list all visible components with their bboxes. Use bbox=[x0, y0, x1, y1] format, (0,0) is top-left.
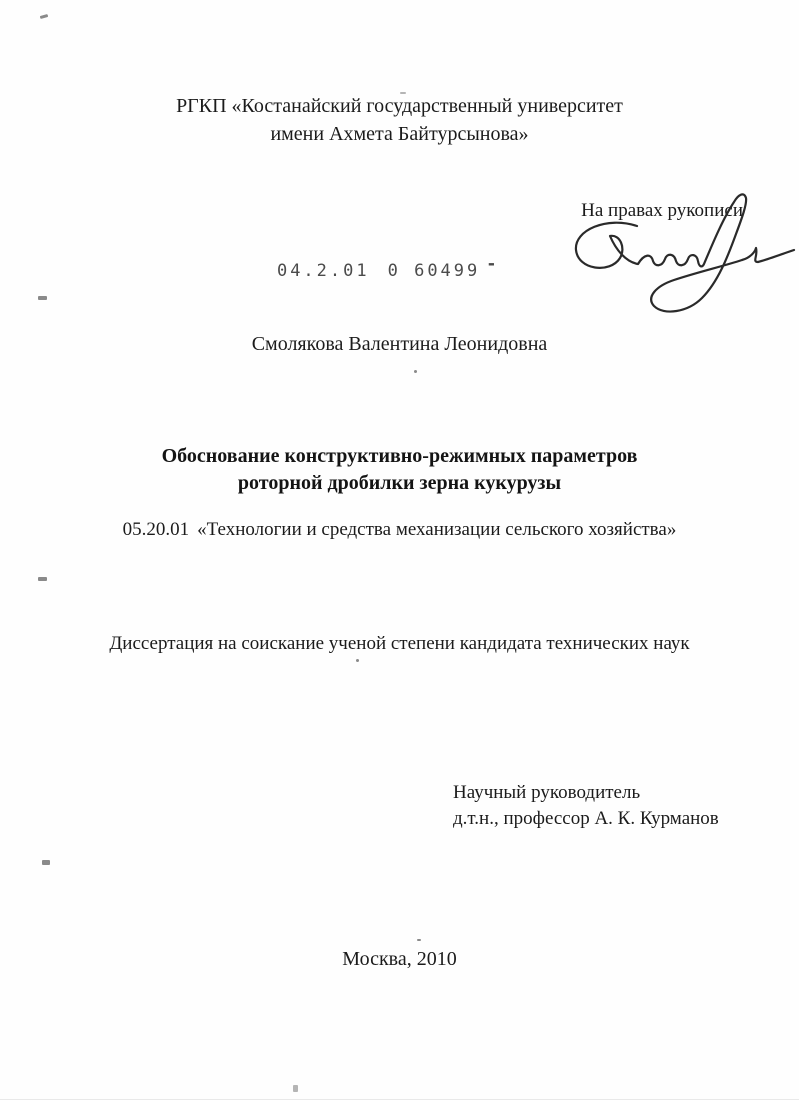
scan-speckle bbox=[400, 92, 406, 94]
scan-speckle bbox=[40, 14, 49, 19]
supervisor-block: Научный руководитель д.т.н., профессор А… bbox=[453, 780, 719, 832]
stamp-dash-mark: - bbox=[486, 254, 496, 274]
title-line-1: Обоснование конструктивно-режимных парам… bbox=[0, 443, 799, 470]
scan-speckle bbox=[293, 1085, 298, 1092]
stamp-number-part1: 04.2.01 bbox=[277, 261, 370, 281]
thesis-type-line: Диссертация на соискание ученой степени … bbox=[0, 633, 799, 655]
scan-speckle bbox=[38, 296, 47, 300]
scan-speckle bbox=[414, 370, 417, 373]
specialty-line: 05.20.01«Технологии и средства механизац… bbox=[0, 519, 799, 541]
author-full-name: Смолякова Валентина Леонидовна bbox=[0, 333, 799, 356]
dissertation-title: Обоснование конструктивно-режимных парам… bbox=[0, 443, 799, 497]
scan-speckle bbox=[38, 577, 47, 581]
scan-speckle bbox=[417, 939, 421, 941]
specialty-code: 05.20.01 bbox=[123, 519, 190, 540]
handwritten-signature-icon bbox=[552, 190, 797, 330]
supervisor-label: Научный руководитель bbox=[453, 780, 719, 806]
scan-speckle bbox=[356, 659, 359, 662]
stamp-number-part2: 0 60499 bbox=[388, 261, 481, 281]
specialty-name: «Технологии и средства механизации сельс… bbox=[197, 519, 676, 540]
university-line-2: имени Ахмета Байтурсынова» bbox=[0, 120, 799, 148]
dissertation-title-page: РГКП «Костанайский государственный униве… bbox=[0, 0, 799, 1100]
university-name: РГКП «Костанайский государственный униве… bbox=[0, 92, 799, 148]
university-line-1: РГКП «Костанайский государственный униве… bbox=[0, 92, 799, 120]
scan-speckle bbox=[42, 860, 50, 865]
city-and-year: Москва, 2010 bbox=[0, 948, 799, 971]
supervisor-name: д.т.н., профессор А. К. Курманов bbox=[453, 806, 719, 832]
title-line-2: роторной дробилки зерна кукурузы bbox=[0, 470, 799, 497]
library-inventory-stamp: 04.2.010 60499- bbox=[224, 241, 497, 301]
